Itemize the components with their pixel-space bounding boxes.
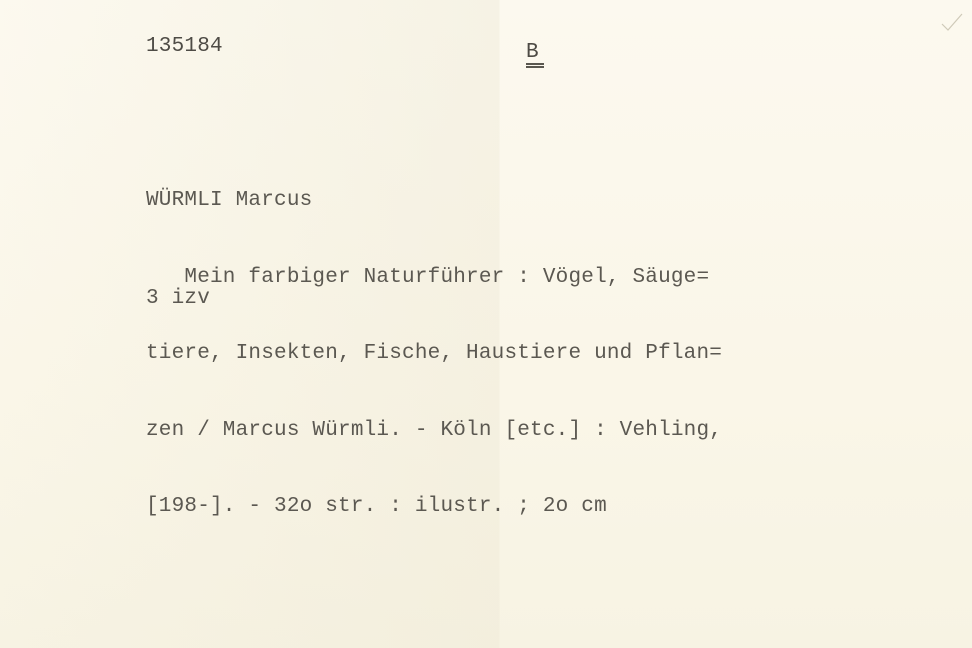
location-code-underline (526, 63, 544, 68)
description-line: tiere, Insekten, Fische, Haustiere und P… (146, 341, 722, 367)
description-line: Mein farbiger Naturführer : Vögel, Säuge… (146, 265, 722, 291)
description-line: [198-]. - 32o str. : ilustr. ; 2o cm (146, 494, 722, 520)
bibliographic-entry: WÜRMLI Marcus Mein farbiger Naturführer … (146, 137, 722, 571)
location-code: B (526, 40, 539, 66)
catalog-card: 135184 B WÜRMLI Marcus Mein farbiger Nat… (0, 0, 972, 648)
check-mark-icon (940, 10, 964, 34)
author-heading: WÜRMLI Marcus (146, 188, 722, 214)
description-line: zen / Marcus Würmli. - Köln [etc.] : Veh… (146, 418, 722, 444)
copies-note: 3 izv (146, 286, 210, 312)
accession-number: 135184 (146, 34, 223, 60)
